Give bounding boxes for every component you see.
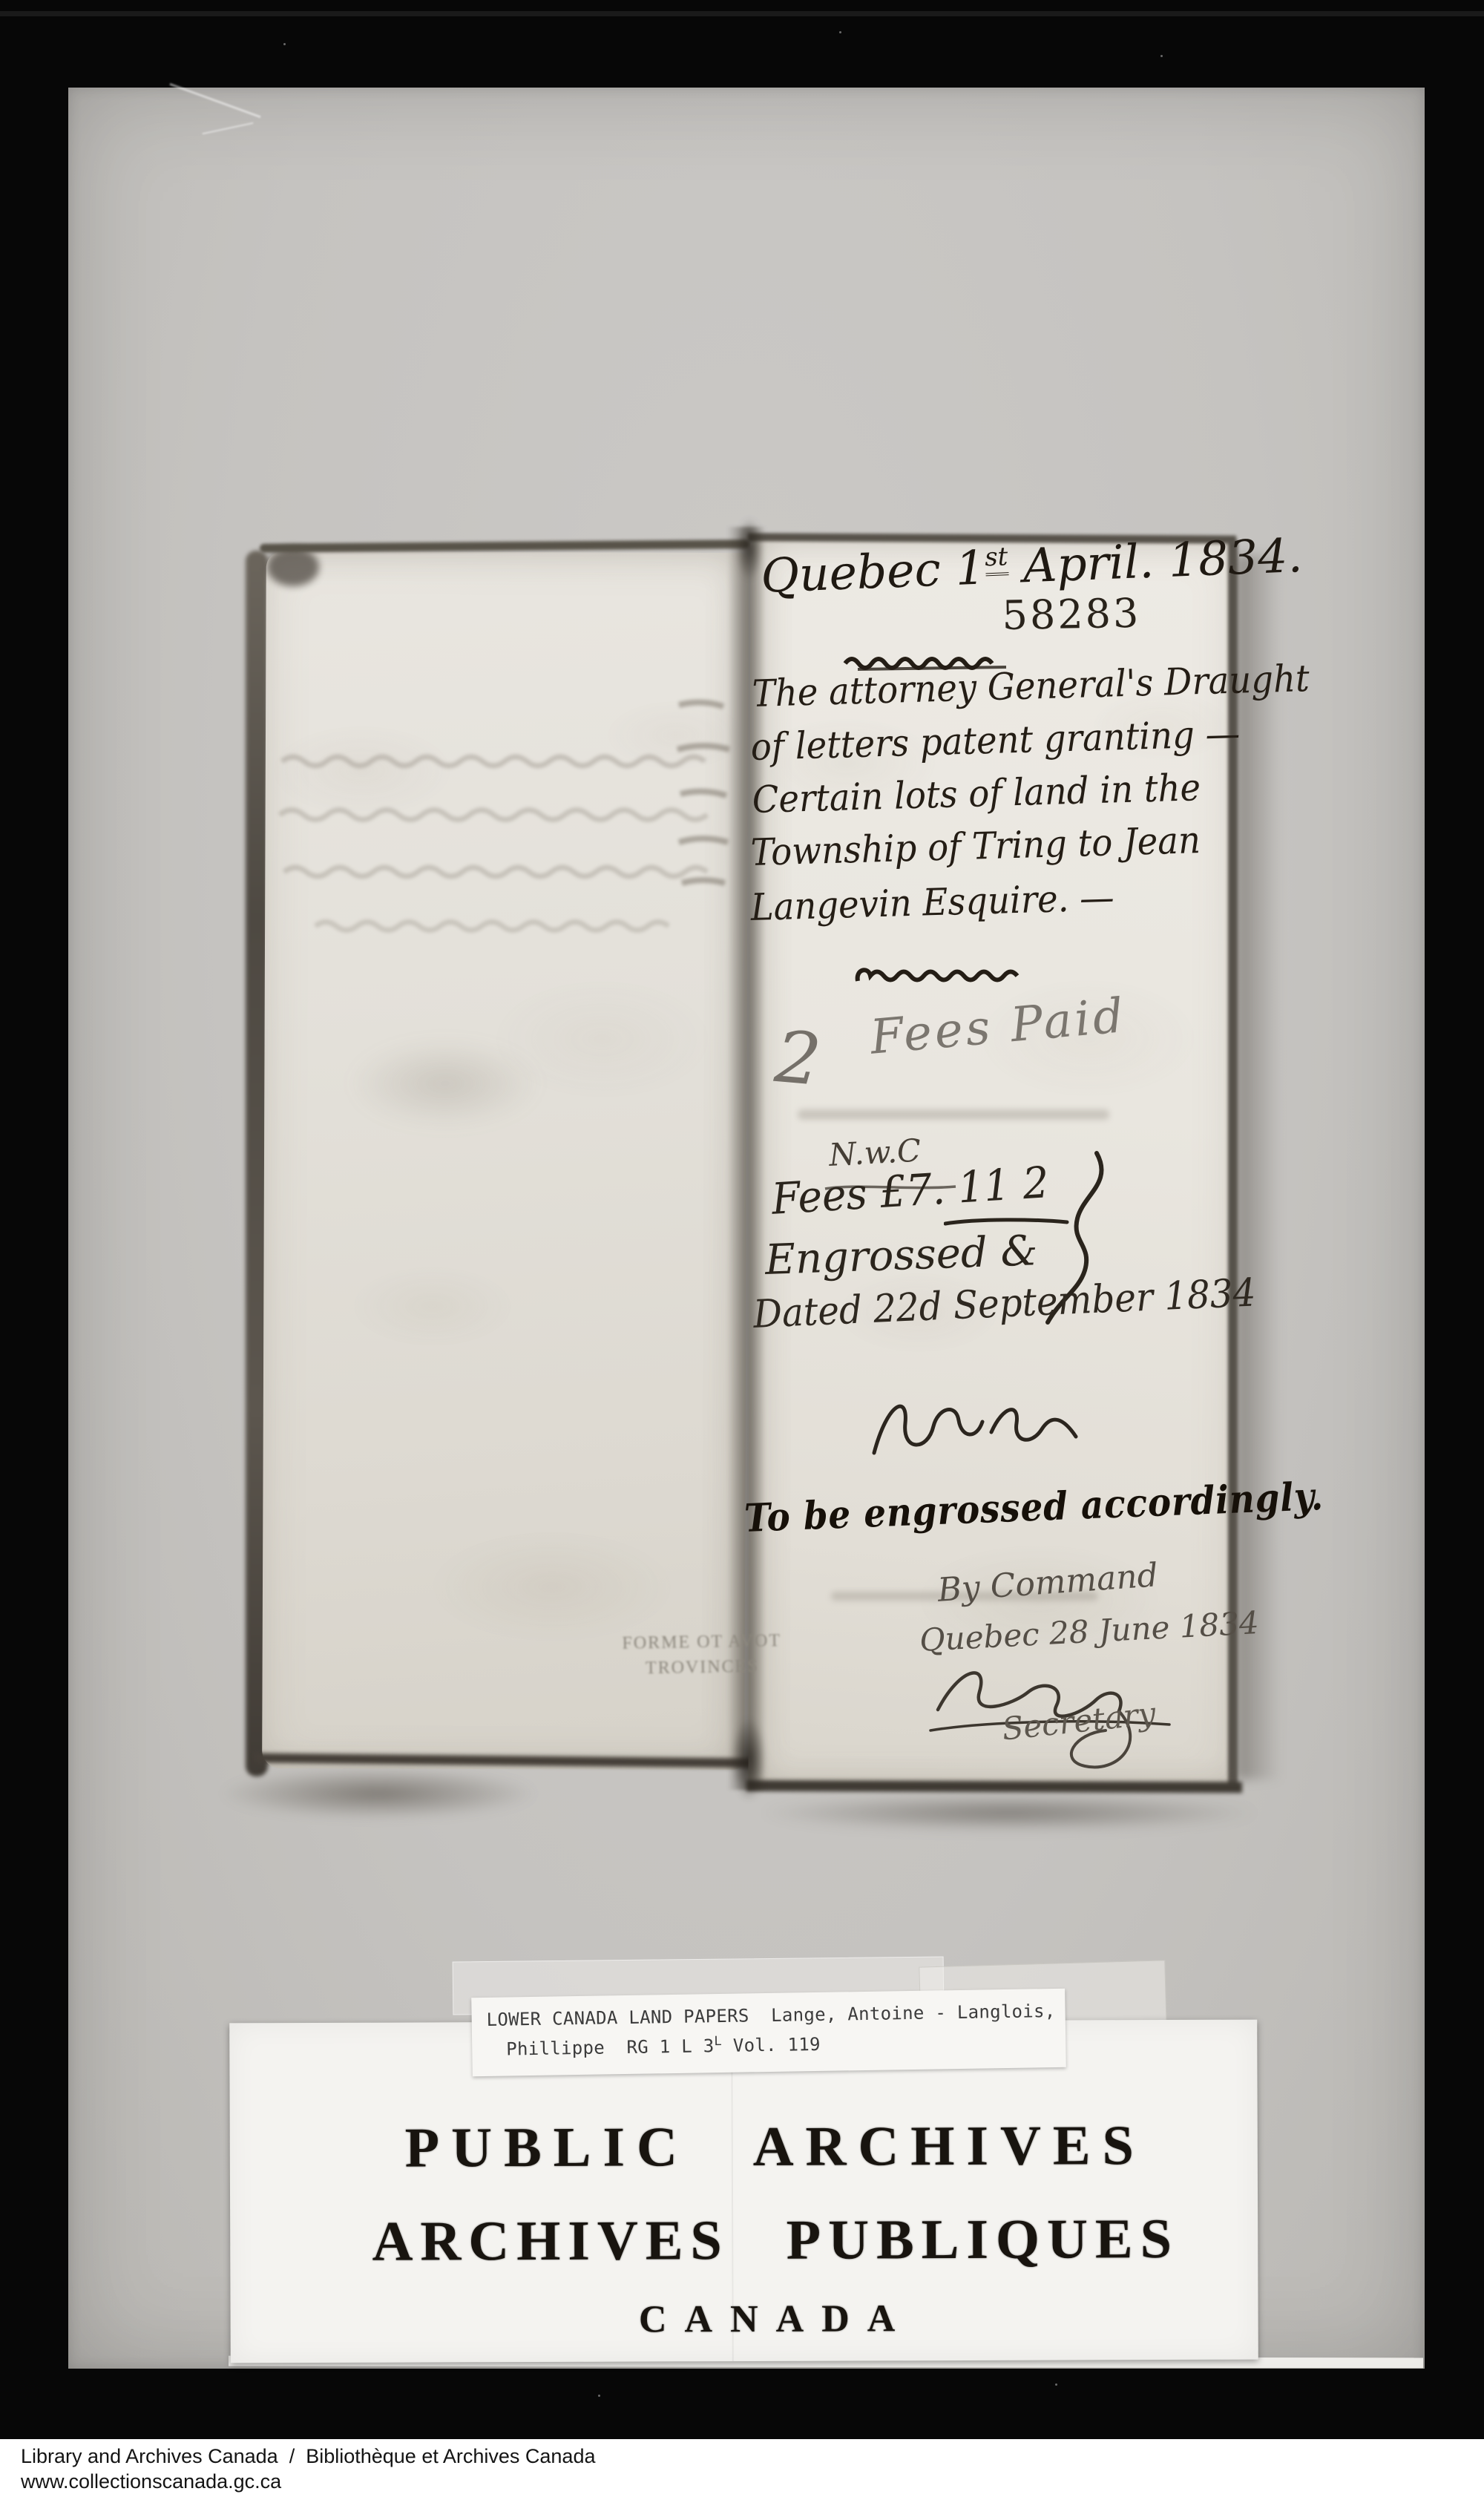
ink-flourish	[852, 963, 1037, 988]
bleedthrough-scrawl	[278, 748, 738, 770]
book-gutter-shadow	[732, 1719, 766, 1800]
archives-card-title-en: PUBLIC ARCHIVES	[293, 2113, 1258, 2182]
bleedthrough-print-line: FORME OT AVOT	[620, 1628, 784, 1656]
dateline-day: Quebec 1	[760, 540, 986, 603]
catalog-volume: Vol. 119	[722, 2034, 821, 2056]
docket-number: 58283	[1002, 590, 1141, 639]
film-speck	[1160, 55, 1163, 57]
engrossed-note: Engrossed &	[764, 1227, 1038, 1284]
film-edge-line	[0, 11, 1484, 16]
page-corner-stain	[267, 548, 319, 586]
catalog-reference: Phillippe RG 1 L 3	[506, 2035, 715, 2059]
film-speck	[839, 31, 841, 33]
footer-institution: Library and Archives Canada / Bibliothèq…	[21, 2445, 595, 2468]
catalog-reference-sup: L	[714, 2034, 722, 2049]
bleedthrough-scrawl	[672, 698, 746, 890]
clerk-signature-scrawl	[865, 1380, 1088, 1480]
book-shadow	[757, 1794, 1261, 1831]
fees-check-numeral: 2	[772, 1015, 824, 1102]
paper-stain	[349, 1039, 542, 1128]
bleedthrough-print: FORME OT AVOT TROVINCES	[620, 1628, 784, 1681]
bleedthrough-scrawl	[280, 859, 726, 882]
archives-card-country: CANADA	[294, 2296, 1258, 2343]
footer-credit-strip: Library and Archives Canada / Bibliothèq…	[0, 2439, 1484, 2497]
book-shadow	[1236, 555, 1281, 1779]
book-shadow	[219, 1768, 538, 1820]
catalog-label-line: Phillippe RG 1 L 3L Vol. 119	[506, 2032, 821, 2060]
archival-scan-page: FORME OT AVOT TROVINCES Quebec 1st April…	[0, 0, 1484, 2497]
bleedthrough-smudge	[798, 1109, 1109, 1120]
dateline-month-year: April. 1834.	[1007, 528, 1303, 594]
dateline-ordinal: st	[984, 542, 1008, 576]
book-gutter-shadow	[736, 518, 763, 580]
catalog-label: LOWER CANADA LAND PAPERS Lange, Antoine …	[471, 1989, 1066, 2077]
catalog-label-line: LOWER CANADA LAND PAPERS Lange, Antoine …	[486, 2001, 1055, 2030]
bleedthrough-print-line: TROVINCES	[620, 1653, 784, 1681]
archives-card-title-fr: ARCHIVES PUBLIQUES	[293, 2207, 1258, 2275]
film-speck	[283, 43, 286, 45]
footer-website: www.collectionscanada.gc.ca	[21, 2470, 281, 2493]
film-speck	[598, 2395, 600, 2397]
ink-dash	[944, 1217, 1070, 1227]
right-page-bottom-edge	[746, 1780, 1242, 1793]
bleedthrough-scrawl	[312, 914, 697, 936]
film-speck	[1055, 2383, 1057, 2386]
